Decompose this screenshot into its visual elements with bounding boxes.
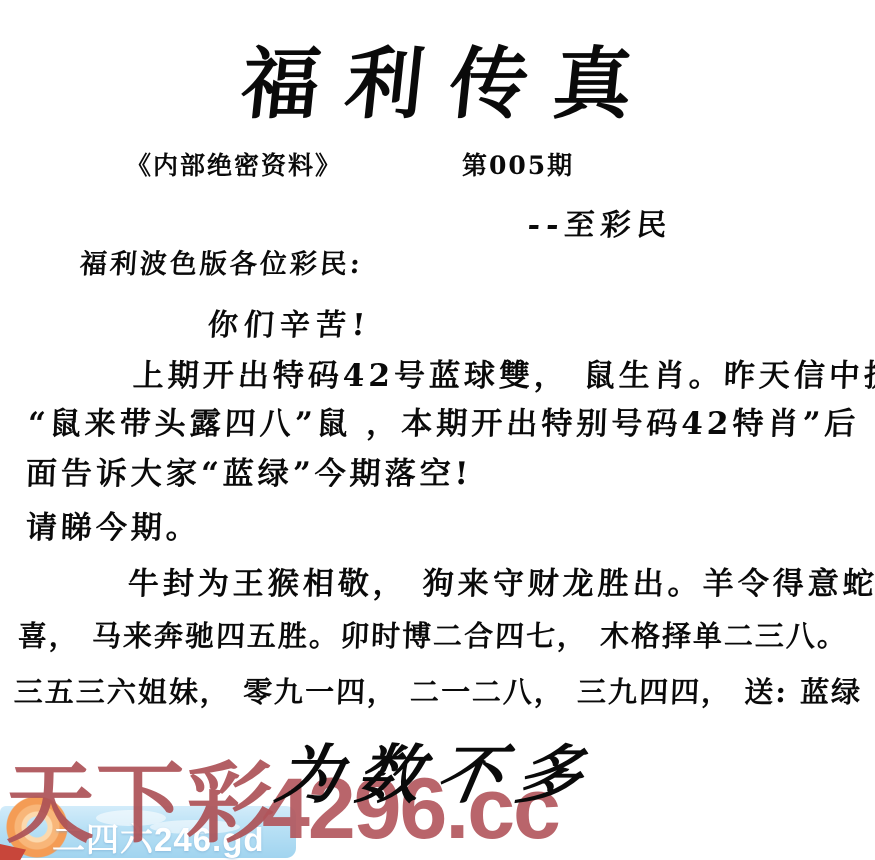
body-line-4: 请睇今期。 [25, 502, 202, 547]
salutation-line: 福利波色版各位彩民: [79, 242, 365, 281]
watermark-brand: 天下彩 [6, 760, 276, 848]
body-line-7: 三五三六姐妹， 零九一四， 二一二八， 三九四四， 送: 蓝绿 [13, 670, 863, 711]
dedication-line: --至彩民 [526, 200, 675, 244]
body-line-5: 牛封为王猴相敬， 狗来守财龙胜出。羊令得意蛇欢 [127, 558, 875, 603]
closing-flourish: 为数不多 [270, 724, 606, 816]
body-line-2: “鼠来带头露四八”鼠 ，本期开出特别号码42特肖”后 [27, 398, 860, 443]
body-line-1: 上期开出特码42号蓝球雙， 鼠生肖。昨天信中提供 [132, 350, 875, 395]
classification-label: 《内部绝密资料》 [126, 146, 342, 182]
fax-document: 福利传真 《内部绝密资料》 第005期 --至彩民 福利波色版各位彩民: 你们辛… [0, 0, 875, 860]
page-title: 福利传真 [0, 22, 875, 134]
body-line-6: 喜， 马来奔驰四五胜。卯时博二合四七， 木格择单二三八。 [17, 614, 849, 655]
greeting-line: 你们辛苦! [206, 300, 372, 344]
body-line-3: 面告诉大家“蓝绿”今期落空! [25, 448, 473, 493]
issue-number: 第005期 [462, 146, 574, 182]
